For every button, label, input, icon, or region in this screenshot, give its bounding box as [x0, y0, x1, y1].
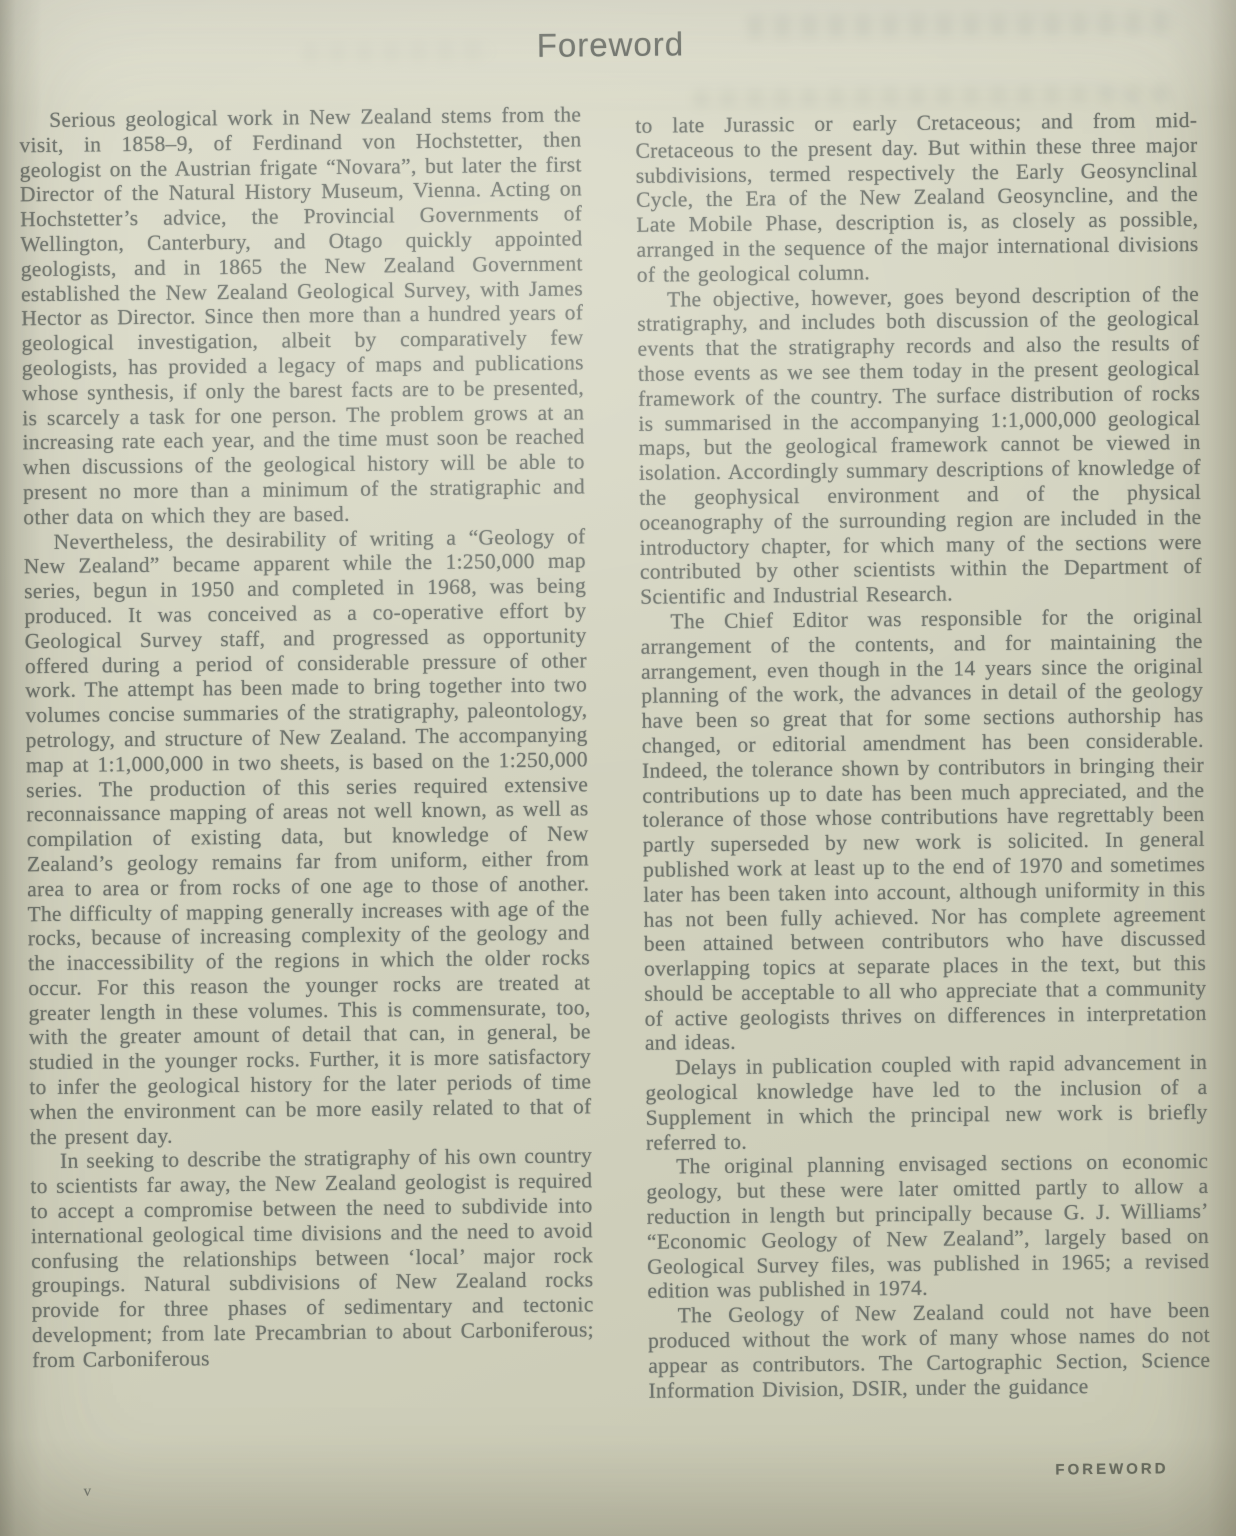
page-title: Foreword	[0, 20, 1229, 71]
text-column-right: to late Jurassic or early Cretaceous; an…	[635, 108, 1211, 1466]
paragraph: Serious geological work in New Zealand s…	[19, 102, 585, 529]
book-page-photo: Foreword Serious geological work in New …	[0, 0, 1236, 1536]
paragraph: Delays in publication coupled with rapid…	[645, 1050, 1208, 1155]
text-column-left: Serious geological work in New Zealand s…	[19, 102, 595, 1460]
paragraph: The Geology of New Zealand could not hav…	[648, 1298, 1211, 1403]
page-sheet: Foreword Serious geological work in New …	[0, 0, 1236, 1536]
page-showthrough	[693, 84, 1173, 107]
paragraph-continuation: to late Jurassic or early Cretaceous; an…	[635, 108, 1199, 287]
paragraph: The Chief Editor was responsible for the…	[640, 604, 1207, 1056]
paragraph: The objective, however, goes beyond desc…	[637, 281, 1202, 609]
running-footer: FOREWORD	[1055, 1460, 1168, 1478]
page-number: v	[83, 1484, 91, 1501]
paragraph: Nevertheless, the desirability of writin…	[23, 524, 591, 1150]
paragraph: The original planning envisaged sections…	[646, 1149, 1210, 1304]
paragraph: In seeking to describe the stratigraphy …	[30, 1144, 594, 1373]
